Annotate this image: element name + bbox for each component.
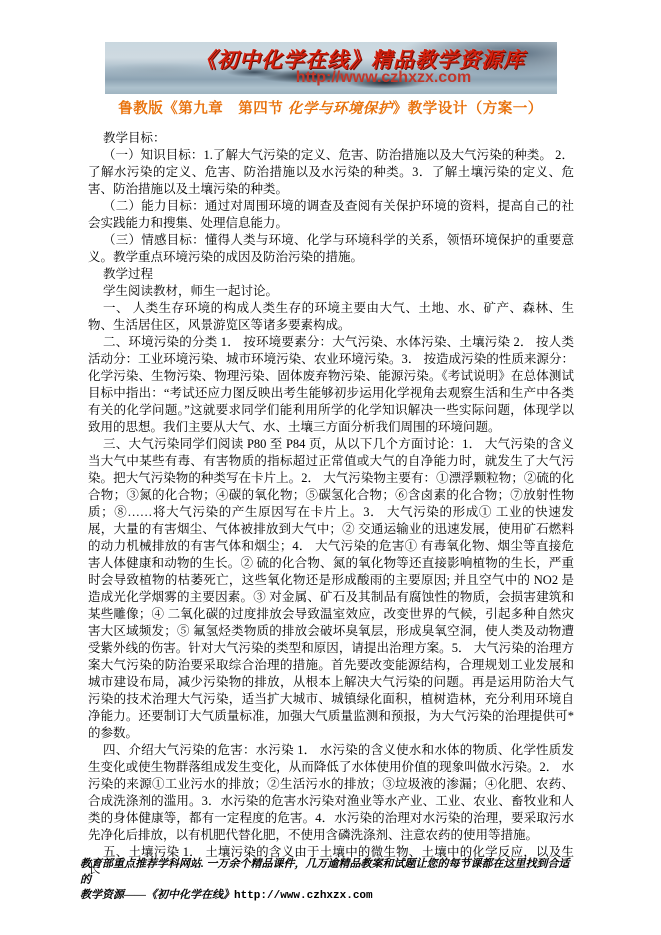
footer-line-2-text: 教学资源——《初中化学在线》 <box>80 889 234 901</box>
document-body: 教学目标： （一）知识目标：1.了解大气污染的定义、危害、防治措施以及大气污染的… <box>88 130 574 878</box>
document-title-suffix: 》教学设计（方案一） <box>393 101 543 117</box>
paragraph-teaching-process-heading: 教学过程 <box>88 266 574 283</box>
paragraph-reading-discussion: 学生阅读教材，师生一起讨论。 <box>88 283 574 300</box>
document-page: 《初中化学在线》精品教学资源库 http://www.czhxzx.com 鲁教… <box>0 0 661 935</box>
paragraph-knowledge-goals: （一）知识目标：1.了解大气污染的定义、危害、防治措施以及大气污染的种类。 2．… <box>88 147 574 198</box>
paragraph-section-3-air-pollution: 三、大气污染同学们阅读 P80 至 P84 页，从以下几个方面讨论：1． 大气污… <box>88 436 574 742</box>
paragraph-teaching-goals-heading: 教学目标： <box>88 130 574 147</box>
site-banner: 《初中化学在线》精品教学资源库 http://www.czhxzx.com <box>105 42 557 94</box>
banner-site-url[interactable]: http://www.czhxzx.com <box>105 69 557 87</box>
footer-line-1: 教育部重点推荐学科网站. 一万余个精品课件，几万逾精品教案和试题让您的每节课都在… <box>80 857 580 888</box>
document-title-prefix: 鲁教版《第九章 第四节 <box>118 101 288 117</box>
document-title-emphasis: 化学与环境保护 <box>288 101 393 117</box>
document-title: 鲁教版《第九章 第四节 化学与环境保护》教学设计（方案一） <box>0 99 661 119</box>
banner-site-title: 《初中化学在线》精品教学资源库 <box>105 49 557 71</box>
paragraph-section-2-pollution-classification: 二、环境污染的分类 1． 按环境要素分：大气污染、水体污染、土壤污染 2． 按人… <box>88 334 574 436</box>
footer-line-2: 教学资源——《初中化学在线》http://www.czhxzx.com <box>80 888 580 905</box>
footer-site-url[interactable]: http://www.czhxzx.com <box>234 890 373 902</box>
paragraph-ability-goals: （二）能力目标：通过对周围环境的调查及查阅有关保护环境的资料，提高自己的社会实践… <box>88 198 574 232</box>
paragraph-emotion-goals: （三）情感目标：懂得人类与环境、化学与环境科学的关系，领悟环境保护的重要意义。教… <box>88 232 574 266</box>
paragraph-section-4-water-pollution: 四、介绍大气污染的危害：水污染 1． 水污染的含义使水和水体的物质、化学性质发生… <box>88 742 574 844</box>
paragraph-section-1-environment-composition: 一、 人类生存环境的构成人类生存的环境主要由大气、土地、水、矿产、森林、生物、生… <box>88 300 574 334</box>
page-footer: 教育部重点推荐学科网站. 一万余个精品课件，几万逾精品教案和试题让您的每节课都在… <box>80 857 580 905</box>
